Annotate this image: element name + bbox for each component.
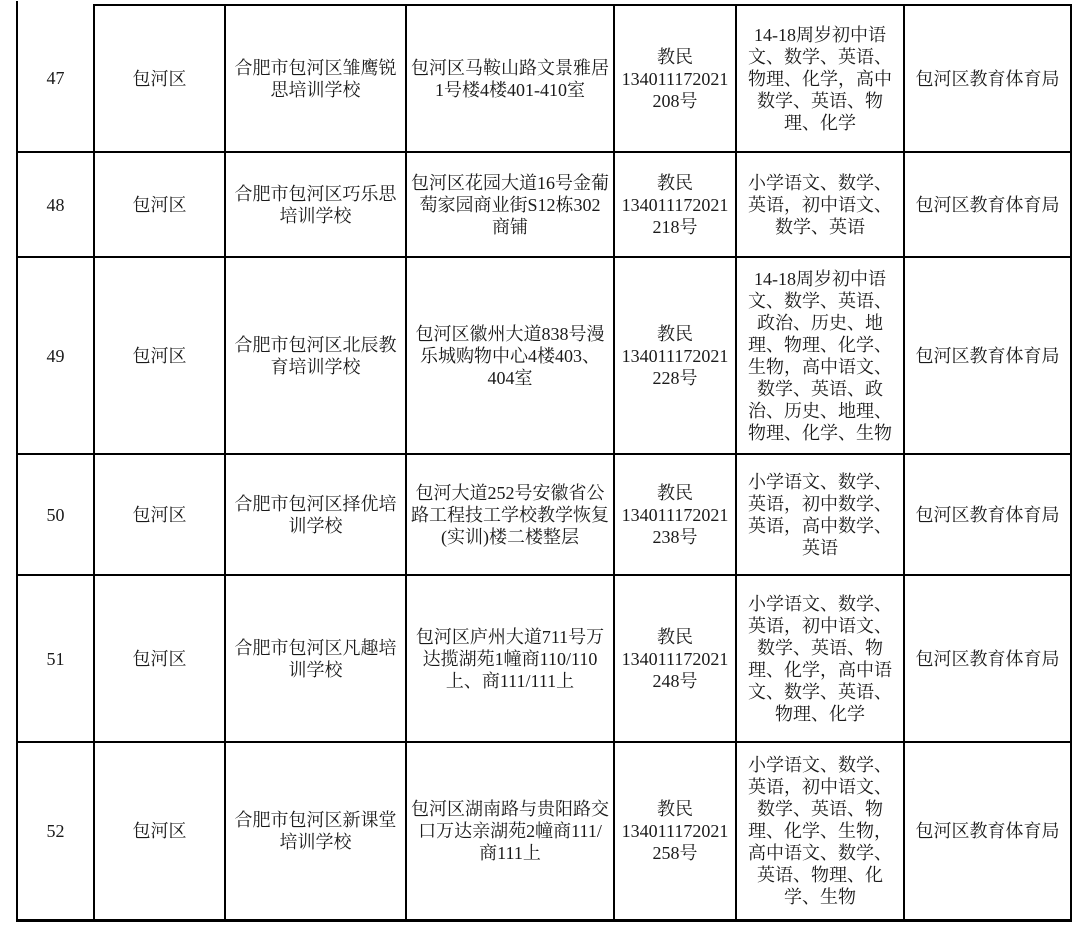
cell-serial-number: 49 [17,257,94,454]
cell-teaching-scope: 14-18周岁初中语文、数学、英语、政治、历史、地理、物理、化学、生物，高中语文… [736,257,904,454]
cell-district: 包河区 [94,454,225,575]
cell-address: 包河区花园大道16号金葡萄家园商业街S12栋302商铺 [406,152,614,257]
table-row: 48 包河区 合肥市包河区巧乐思培训学校 包河区花园大道16号金葡萄家园商业街S… [17,152,1071,257]
cell-serial-number: 50 [17,454,94,575]
cell-serial-number: 48 [17,152,94,257]
cell-teaching-scope: 小学语文、数学、英语，初中语文、数学、英语、物理、化学，高中语文、数学、英语、物… [736,575,904,742]
cell-address: 包河区马鞍山路文景雅居1号楼4楼401-410室 [406,5,614,152]
cell-address: 包河区湖南路与贵阳路交口万达亲湖苑2幢商111/商111上 [406,742,614,920]
cell-license-number: 教民134011172021258号 [614,742,736,920]
cell-approval-authority: 包河区教育体育局 [904,575,1071,742]
cell-license-number: 教民134011172021248号 [614,575,736,742]
cell-approval-authority: 包河区教育体育局 [904,5,1071,152]
cell-approval-authority: 包河区教育体育局 [904,152,1071,257]
cell-school-name: 合肥市包河区北辰教育培训学校 [225,257,406,454]
cell-address: 包河区庐州大道711号万达揽湖苑1幢商110/110上、商111/111上 [406,575,614,742]
cell-district: 包河区 [94,742,225,920]
cell-teaching-scope: 小学语文、数学、英语，初中语文、数学、英语、物理、化学、生物，高中语文、数学、英… [736,742,904,920]
cell-address: 包河区徽州大道838号漫乐城购物中心4楼403、404室 [406,257,614,454]
cell-school-name: 合肥市包河区凡趣培训学校 [225,575,406,742]
cell-license-number: 教民134011172021228号 [614,257,736,454]
cell-license-number: 教民134011172021208号 [614,5,736,152]
table-row: 49 包河区 合肥市包河区北辰教育培训学校 包河区徽州大道838号漫乐城购物中心… [17,257,1071,454]
cell-teaching-scope: 小学语文、数学、英语，初中数学、英语，高中数学、英语 [736,454,904,575]
cell-license-number: 教民134011172021238号 [614,454,736,575]
training-schools-table: 47 包河区 合肥市包河区雏鹰锐思培训学校 包河区马鞍山路文景雅居1号楼4楼40… [16,4,1072,922]
cell-district: 包河区 [94,152,225,257]
cell-serial-number: 51 [17,575,94,742]
cell-address: 包河大道252号安徽省公路工程技工学校教学恢复(实训)楼二楼整层 [406,454,614,575]
cell-serial-number: 47 [17,5,94,152]
table-row: 52 包河区 合肥市包河区新课堂培训学校 包河区湖南路与贵阳路交口万达亲湖苑2幢… [17,742,1071,920]
cell-license-number: 教民134011172021218号 [614,152,736,257]
cell-approval-authority: 包河区教育体育局 [904,454,1071,575]
cell-approval-authority: 包河区教育体育局 [904,742,1071,920]
cell-teaching-scope: 小学语文、数学、英语，初中语文、数学、英语 [736,152,904,257]
cell-school-name: 合肥市包河区雏鹰锐思培训学校 [225,5,406,152]
table-row: 47 包河区 合肥市包河区雏鹰锐思培训学校 包河区马鞍山路文景雅居1号楼4楼40… [17,5,1071,152]
cell-approval-authority: 包河区教育体育局 [904,257,1071,454]
cell-teaching-scope: 14-18周岁初中语文、数学、英语、物理、化学，高中数学、英语、物理、化学 [736,5,904,152]
cell-school-name: 合肥市包河区新课堂培训学校 [225,742,406,920]
table-row: 50 包河区 合肥市包河区择优培训学校 包河大道252号安徽省公路工程技工学校教… [17,454,1071,575]
table-row: 51 包河区 合肥市包河区凡趣培训学校 包河区庐州大道711号万达揽湖苑1幢商1… [17,575,1071,742]
cell-district: 包河区 [94,5,225,152]
cell-district: 包河区 [94,257,225,454]
cell-school-name: 合肥市包河区择优培训学校 [225,454,406,575]
cell-serial-number: 52 [17,742,94,920]
document-page: 47 包河区 合肥市包河区雏鹰锐思培训学校 包河区马鞍山路文景雅居1号楼4楼40… [0,0,1080,938]
cell-school-name: 合肥市包河区巧乐思培训学校 [225,152,406,257]
cell-district: 包河区 [94,575,225,742]
